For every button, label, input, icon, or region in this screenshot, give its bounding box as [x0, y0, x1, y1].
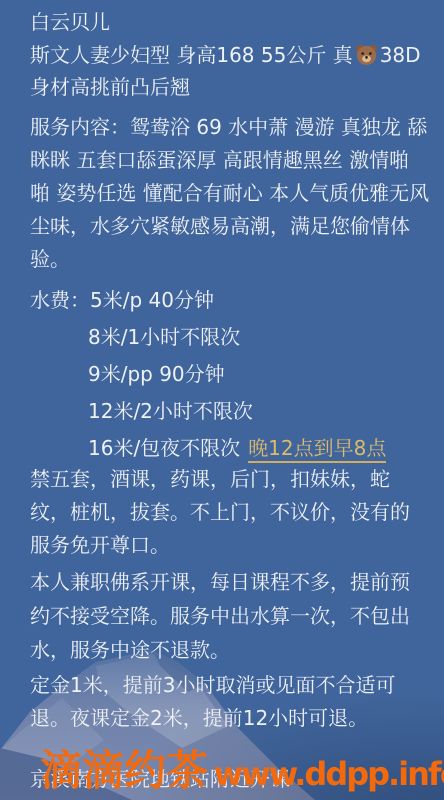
services-line: 啪 姿势任选 懂配合有耐心 本人气质优雅无风	[30, 177, 429, 210]
services-line: 眯眯 五套口舔蛋深厚 高跟情趣黑丝 激情啪	[30, 144, 429, 177]
price-row-2: 8米/1小时不限次	[30, 319, 429, 356]
price-row-5: 16米/包夜不限次晚12点到早8点	[30, 430, 429, 467]
page-title: 白云贝儿	[30, 6, 429, 39]
profile-text-post: 38D	[380, 43, 421, 67]
price-row-1: 水费：5米/p 40分钟	[30, 282, 429, 319]
price-value: 5米/p 40分钟	[90, 288, 214, 312]
deposit-line: 退。夜课定金2米，提前12小时可退。	[30, 702, 429, 735]
profile-line-1: 斯文人妻少妇型 身高168 55公斤 真38D	[30, 39, 429, 71]
profile-line-2: 身材高挑前凸后翘	[30, 71, 429, 103]
booking-line: 约不接受空降。服务中出水算一次，不包出	[30, 599, 429, 633]
restrictions-line: 禁五套，酒课，药课，后门，扣妹妹，蛇	[30, 463, 429, 496]
bear-emoji-icon	[355, 43, 378, 66]
deposit-section: 定金1米，提前3小时取消或见面不合适可 退。夜课定金2米，提前12小时可退。	[30, 669, 429, 735]
booking-line: 本人兼职佛系开课，每日课程不多，提前预	[30, 565, 429, 599]
services-line: 服务内容：鸳鸯浴 69 水中萧 漫游 真独龙 舔	[30, 111, 429, 144]
watermark: 滴滴约茶 www.ddpp.info	[40, 738, 444, 798]
booking-section: 本人兼职佛系开课，每日课程不多，提前预 约不接受空降。服务中出水算一次，不包出 …	[30, 565, 429, 667]
services-line: 尘味，水多穴紧敏感易高潮，满足您偷情体	[30, 210, 429, 243]
profile-text-pre: 斯文人妻少妇型 身高168 55公斤 真	[30, 43, 353, 67]
restrictions-line: 服务免开尊口。	[30, 529, 429, 562]
watermark-brand: 滴滴约茶	[40, 746, 208, 795]
services-line: 验。	[30, 243, 429, 276]
pricing-section: 水费：5米/p 40分钟 8米/1小时不限次 9米/pp 90分钟 12米/2小…	[30, 282, 429, 467]
ad-page: 白云贝儿 斯文人妻少妇型 身高168 55公斤 真38D 身材高挑前凸后翘 服务…	[0, 0, 444, 800]
deposit-line: 定金1米，提前3小时取消或见面不合适可	[30, 669, 429, 702]
ad-text: 白云贝儿 斯文人妻少妇型 身高168 55公斤 真38D 身材高挑前凸后翘 服务…	[30, 6, 429, 735]
price-value: 16米/包夜不限次	[88, 436, 240, 460]
watermark-url: www.ddpp.info	[214, 755, 444, 793]
pricing-label: 水费：	[30, 288, 90, 312]
restrictions-section: 禁五套，酒课，药课，后门，扣妹妹，蛇 纹，桩机，拔套。不上门，不议价，没有的 服…	[30, 463, 429, 562]
price-row-3: 9米/pp 90分钟	[30, 356, 429, 393]
night-time-note: 晚12点到早8点	[248, 436, 386, 463]
profile-section: 斯文人妻少妇型 身高168 55公斤 真38D 身材高挑前凸后翘	[30, 39, 429, 103]
booking-line: 水，服务中途不退款。	[30, 633, 429, 667]
services-section: 服务内容：鸳鸯浴 69 水中萧 漫游 真独龙 舔 眯眯 五套口舔蛋深厚 高跟情趣…	[30, 111, 429, 276]
restrictions-line: 纹，桩机，拔套。不上门，不议价，没有的	[30, 496, 429, 529]
price-row-4: 12米/2小时不限次	[30, 393, 429, 430]
